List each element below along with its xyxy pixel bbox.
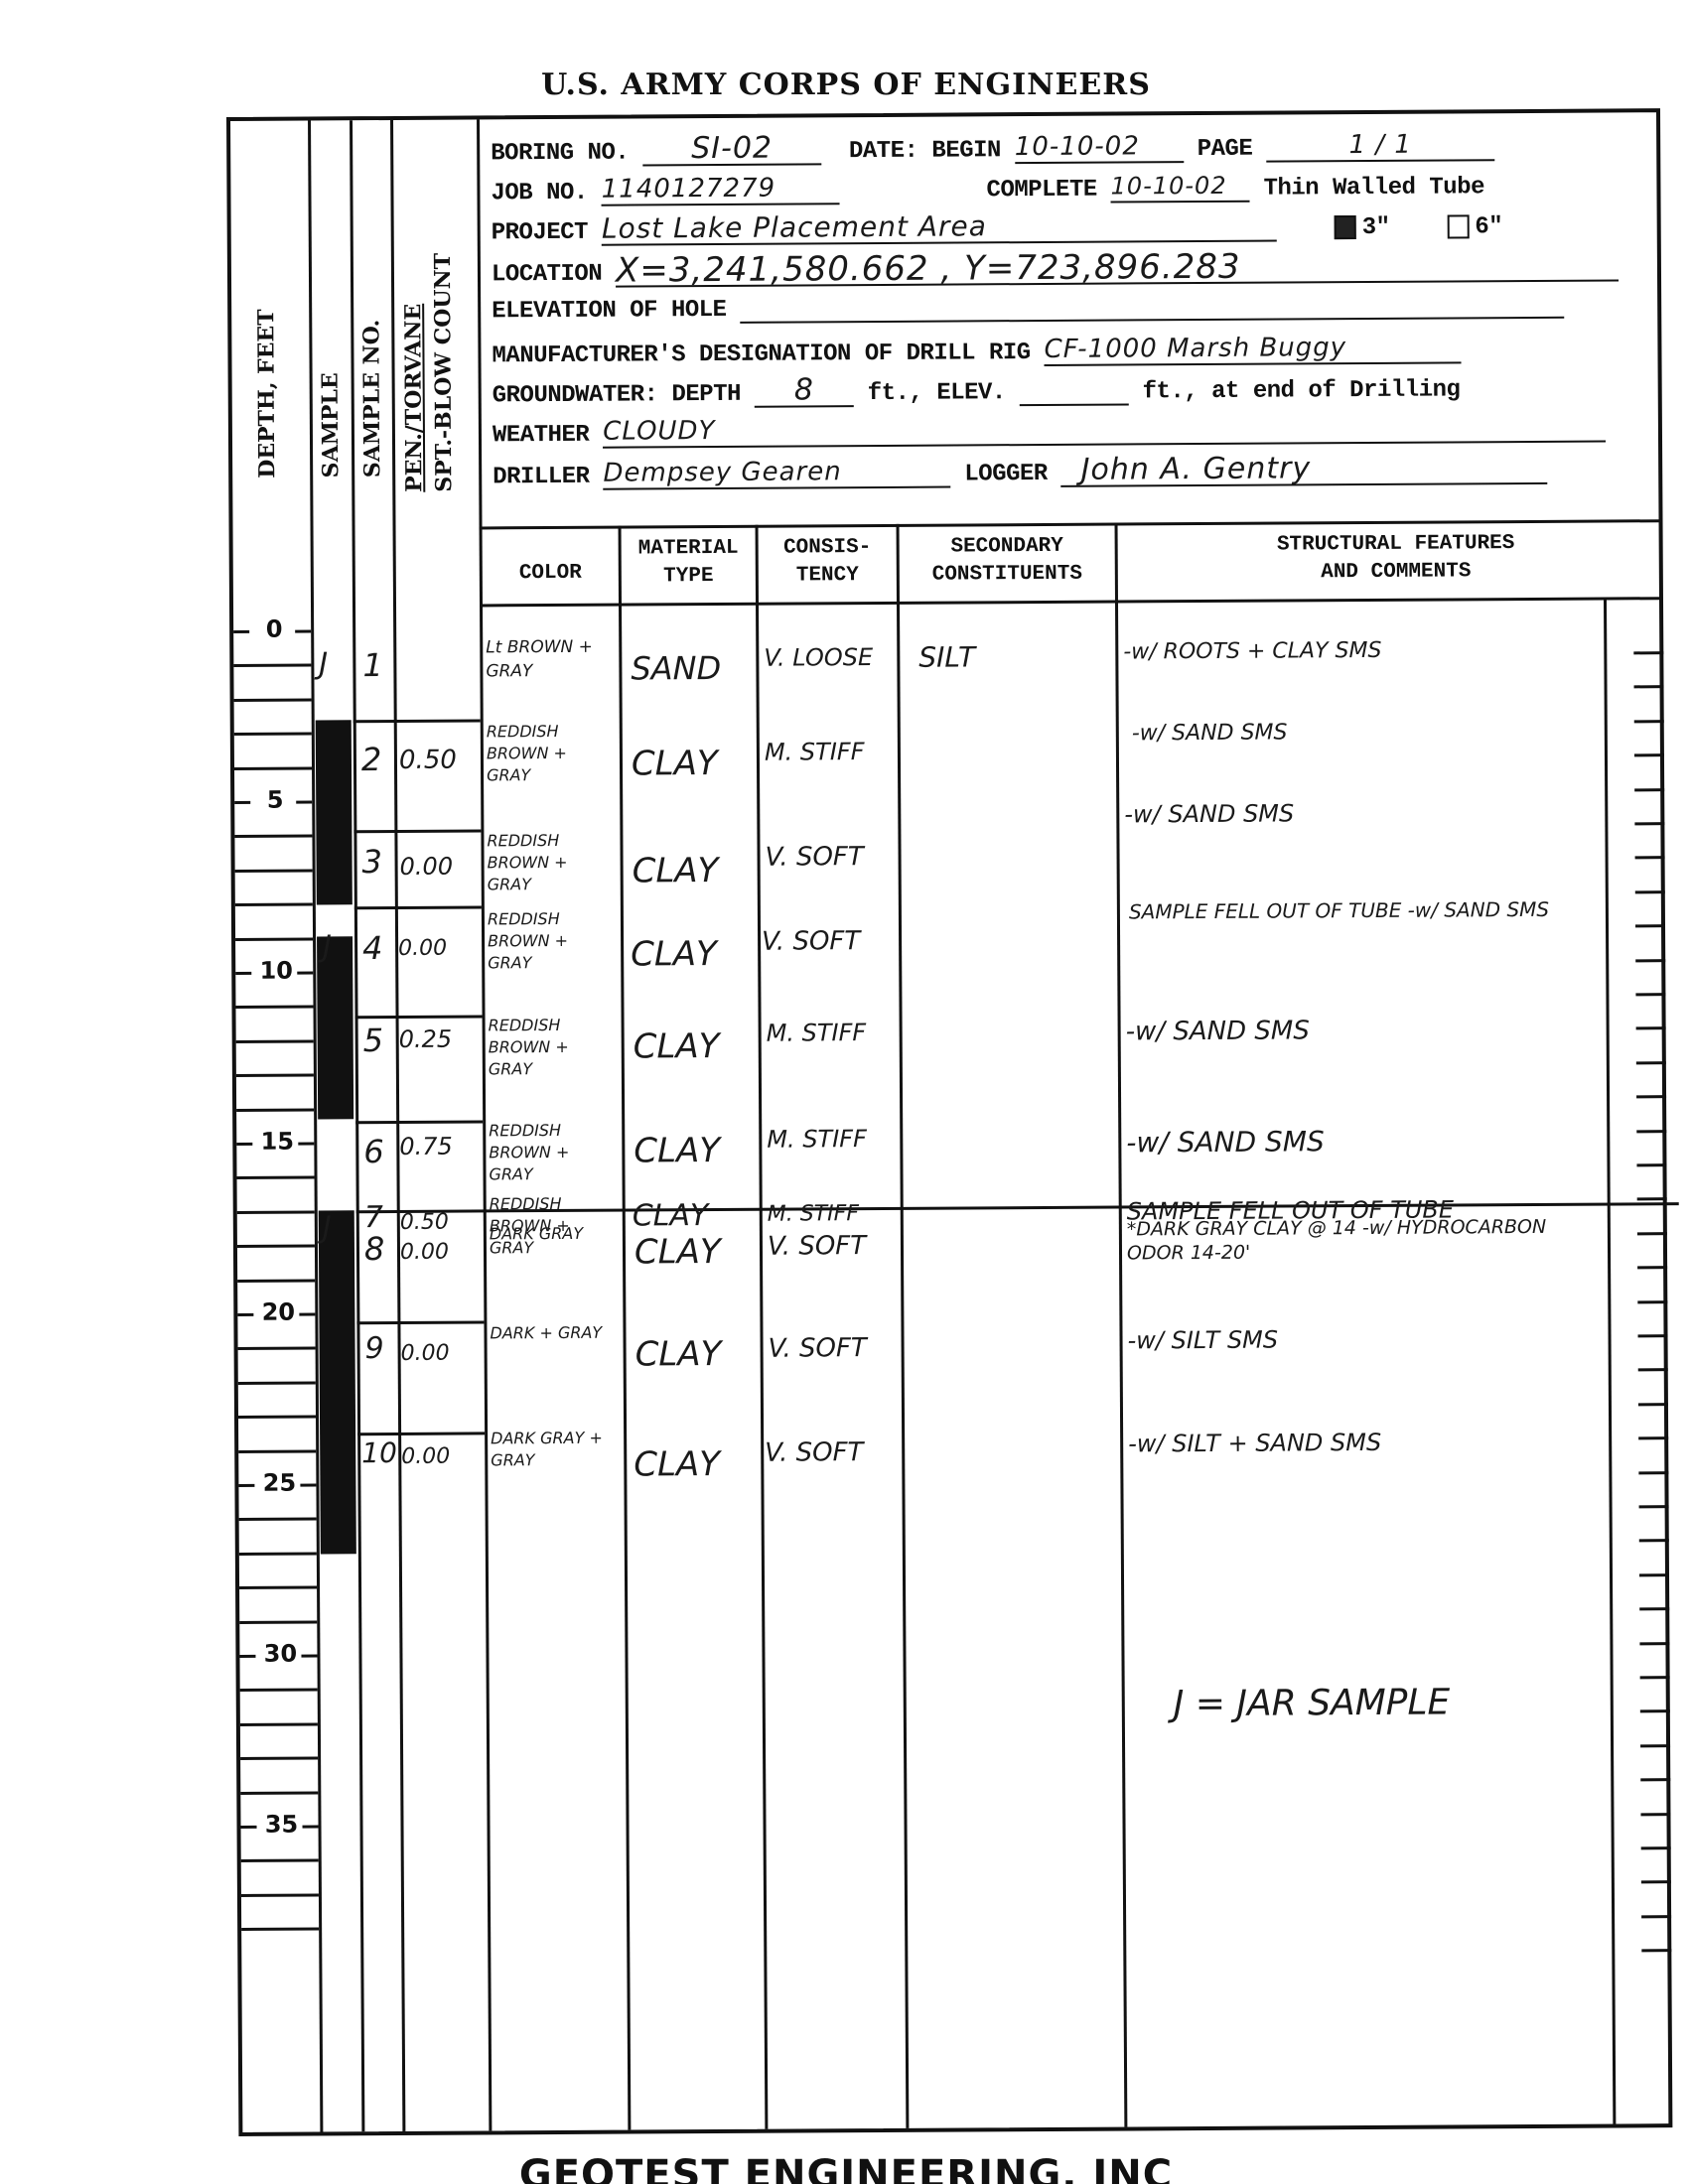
depth-tick bbox=[241, 1927, 319, 1930]
depth-label: 25 bbox=[238, 1468, 320, 1497]
right-tick bbox=[1636, 1061, 1666, 1064]
header-secondary: SECONDARYCONSTITUENTS bbox=[900, 533, 1115, 590]
depth-tick bbox=[240, 1722, 318, 1725]
right-tick bbox=[1634, 720, 1664, 723]
location-field: LOCATION X=3,241,580.662 , Y=723,896.283 bbox=[492, 249, 1619, 288]
label: GROUNDWATER: DEPTH bbox=[493, 381, 741, 410]
depth-tick bbox=[235, 1005, 313, 1008]
right-tick bbox=[1638, 1368, 1668, 1371]
pen-value: 0.75 bbox=[399, 1133, 453, 1160]
depth-label: 0 bbox=[233, 614, 315, 643]
sample-no: 4 bbox=[362, 929, 383, 967]
divider bbox=[353, 829, 481, 833]
material-value: CLAY bbox=[634, 1444, 720, 1485]
pen-value: 0.00 bbox=[401, 1444, 450, 1469]
depth-label: 5 bbox=[234, 785, 316, 814]
comments-value: SAMPLE FELL OUT OF TUBE -w/ SAND SMS bbox=[1129, 897, 1596, 924]
project-value: Lost Lake Placement Area bbox=[602, 210, 1277, 246]
comments-value: -w/ SAND SMS bbox=[1132, 720, 1288, 746]
label: DATE: BEGIN bbox=[849, 137, 1001, 165]
label: MATERIAL bbox=[638, 537, 739, 561]
right-tick bbox=[1640, 1676, 1670, 1679]
driller-field: DRILLER Dempsey Gearen LOGGER John A. Ge… bbox=[493, 453, 1548, 490]
label: LOCATION bbox=[492, 261, 602, 289]
secondary-value: SILT bbox=[918, 640, 975, 673]
depth-tick bbox=[234, 732, 312, 735]
label: STRUCTURAL FEATURES bbox=[1277, 532, 1515, 556]
company-footer: GEOTEST ENGINEERING, INC bbox=[0, 2152, 1692, 2184]
header-sample-no: SAMPLE NO. bbox=[358, 320, 385, 478]
depth-tick bbox=[235, 937, 313, 940]
depth-tick bbox=[239, 1552, 317, 1555]
consistency-value: M. STIFF bbox=[768, 1201, 859, 1227]
right-tick bbox=[1633, 651, 1663, 654]
drill-rig-field: MANUFACTURER'S DESIGNATION OF DRILL RIG … bbox=[492, 332, 1461, 369]
weather-value: CLOUDY bbox=[603, 411, 1606, 449]
label: BORING NO. bbox=[491, 140, 629, 168]
right-tick-column bbox=[230, 112, 1656, 121]
pen-value: 0.00 bbox=[400, 1240, 449, 1265]
right-tick bbox=[1636, 1163, 1666, 1166]
consistency-value: V. LOOSE bbox=[764, 643, 873, 672]
depth-tick bbox=[234, 698, 312, 701]
right-tick bbox=[1634, 753, 1664, 756]
divider bbox=[1115, 523, 1128, 2127]
label: PAGE bbox=[1198, 136, 1253, 163]
right-tick bbox=[1641, 1915, 1671, 1918]
depth-tick bbox=[240, 1756, 318, 1759]
right-tick bbox=[1639, 1642, 1669, 1645]
color-value: REDDISH BROWN + GRAY bbox=[489, 1120, 618, 1186]
drill-rig-value: CF-1000 Marsh Buggy bbox=[1044, 332, 1461, 366]
weather-field: WEATHER CLOUDY bbox=[493, 411, 1606, 450]
right-tick bbox=[1636, 1130, 1666, 1133]
header-color: COLOR bbox=[483, 546, 619, 603]
depth-tick bbox=[238, 1381, 316, 1384]
material-value: CLAY bbox=[633, 1198, 709, 1233]
right-tick bbox=[1634, 822, 1664, 825]
sample-no: 6 bbox=[363, 1133, 384, 1170]
right-tick bbox=[1635, 924, 1665, 927]
label: MANUFACTURER'S DESIGNATION OF DRILL RIG bbox=[492, 340, 1030, 369]
comments-value: *DARK GRAY CLAY @ 14 -w/ HYDROCARBON ODO… bbox=[1127, 1215, 1604, 1266]
color-value: REDDISH BROWN + GRAY bbox=[487, 721, 616, 787]
right-tick bbox=[1638, 1436, 1668, 1439]
depth-tick bbox=[235, 869, 313, 872]
right-tick bbox=[1635, 856, 1665, 859]
label: SECONDARY bbox=[950, 535, 1063, 559]
consistency-value: V. SOFT bbox=[768, 1333, 866, 1364]
right-tick bbox=[1637, 1232, 1667, 1235]
divider bbox=[355, 1120, 483, 1124]
sample-no: 2 bbox=[361, 741, 382, 778]
depth-tick bbox=[236, 1039, 314, 1042]
sample-no: 1 bbox=[362, 646, 383, 684]
consistency-value: V. SOFT bbox=[765, 1437, 863, 1468]
right-tick bbox=[1641, 1846, 1671, 1849]
sample-no: 5 bbox=[363, 1022, 384, 1059]
label: 3" bbox=[1362, 214, 1390, 241]
comments-value: -w/ SILT + SAND SMS bbox=[1128, 1429, 1381, 1458]
comments-value: -w/ SILT SMS bbox=[1127, 1326, 1278, 1355]
label: AND COMMENTS bbox=[1321, 560, 1471, 584]
right-tick bbox=[1634, 685, 1664, 688]
depth-tick bbox=[240, 1688, 318, 1691]
driller-value: Dempsey Gearen bbox=[603, 457, 950, 490]
complete-value: 10-10-02 bbox=[1111, 171, 1250, 204]
date-begin-value: 10-10-02 bbox=[1015, 131, 1184, 164]
groundwater-elev-value bbox=[1020, 403, 1129, 406]
material-value: CLAY bbox=[634, 1131, 720, 1171]
label: DRILLER bbox=[493, 464, 589, 491]
label: TYPE bbox=[663, 565, 714, 588]
elevation-value bbox=[741, 317, 1565, 324]
right-tick bbox=[1640, 1778, 1670, 1781]
pen-value: 0.00 bbox=[398, 936, 447, 961]
color-value: Lt BROWN + GRAY bbox=[486, 635, 615, 684]
label: COMPLETE bbox=[986, 177, 1096, 205]
page-value: 1 / 1 bbox=[1266, 129, 1494, 162]
right-tick bbox=[1640, 1813, 1670, 1816]
sample-no: 9 bbox=[364, 1331, 383, 1366]
depth-tick bbox=[236, 1108, 314, 1111]
right-tick bbox=[1639, 1539, 1669, 1542]
agency-title: U.S. ARMY CORPS OF ENGINEERS bbox=[0, 68, 1692, 102]
right-tick bbox=[1635, 993, 1665, 996]
color-value: REDDISH BROWN + GRAY bbox=[488, 908, 617, 975]
depth-label: 30 bbox=[239, 1639, 321, 1668]
header-structural: STRUCTURAL FEATURESAND COMMENTS bbox=[1118, 529, 1674, 588]
right-tick bbox=[1638, 1403, 1668, 1406]
color-value: REDDISH BROWN + GRAY bbox=[489, 1015, 618, 1081]
material-value: CLAY bbox=[634, 1334, 721, 1375]
job-no-field: JOB NO. 1140127279 COMPLETE 10-10-02 Thi… bbox=[491, 169, 1484, 206]
header-spt-blow: SPT.-BLOW COUNT bbox=[430, 253, 457, 492]
divider bbox=[619, 526, 632, 2130]
tube-6in-checkbox[interactable] bbox=[1447, 214, 1469, 238]
material-value: CLAY bbox=[632, 744, 718, 784]
consistency-value: M. STIFF bbox=[767, 1125, 867, 1154]
header-pen-torvane: PEN./TORVANE bbox=[400, 304, 427, 492]
header-material: MATERIALTYPE bbox=[622, 535, 756, 592]
depth-tick bbox=[234, 766, 312, 769]
tube-sample-fill bbox=[316, 720, 352, 904]
depth-tick bbox=[237, 1244, 315, 1247]
divider bbox=[897, 524, 910, 2128]
header-consistency: CONSIS-TENCY bbox=[759, 534, 897, 591]
groundwater-depth-value: 8 bbox=[755, 375, 854, 408]
depth-tick bbox=[239, 1517, 317, 1520]
right-tick bbox=[1640, 1709, 1670, 1712]
divider bbox=[480, 597, 1659, 607]
depth-label: 10 bbox=[235, 956, 317, 985]
color-value: DARK GRAY + GRAY bbox=[491, 1428, 620, 1472]
depth-tick bbox=[239, 1585, 317, 1588]
material-value: CLAY bbox=[634, 1232, 721, 1273]
consistency-value: V. SOFT bbox=[765, 842, 863, 873]
color-value: REDDISH BROWN + GRAY bbox=[487, 830, 616, 896]
sample-no: 10 bbox=[361, 1436, 397, 1469]
comments-value: -w/ ROOTS + CLAY SMS bbox=[1123, 638, 1381, 665]
depth-tick bbox=[238, 1346, 316, 1349]
right-tick bbox=[1638, 1471, 1668, 1474]
label: ft., at end of Drilling bbox=[1143, 376, 1461, 405]
boring-no-field: BORING NO. SI-02 DATE: BEGIN 10-10-02 PA… bbox=[491, 129, 1494, 167]
pen-value: 0.00 bbox=[400, 853, 454, 881]
boring-log-form: DEPTH, FEET SAMPLE SAMPLE NO. PEN./TORVA… bbox=[226, 108, 1672, 2136]
depth-label: 20 bbox=[237, 1297, 319, 1326]
depth-tick bbox=[236, 1073, 314, 1076]
right-tick bbox=[1636, 1095, 1666, 1098]
material-value: CLAY bbox=[633, 851, 719, 891]
divider bbox=[354, 905, 482, 909]
consistency-value: M. STIFF bbox=[767, 1019, 867, 1047]
label: Thin Walled Tube bbox=[1263, 174, 1484, 202]
sample-type: J bbox=[323, 929, 332, 964]
consistency-value: M. STIFF bbox=[765, 738, 865, 766]
sample-no: 3 bbox=[361, 843, 382, 881]
right-tick bbox=[1634, 788, 1664, 791]
color-value: DARK + GRAY bbox=[490, 1322, 619, 1345]
right-tick bbox=[1635, 959, 1665, 962]
depth-tick bbox=[233, 663, 311, 666]
divider bbox=[356, 1320, 484, 1324]
right-tick bbox=[1638, 1334, 1668, 1337]
elevation-field: ELEVATION OF HOLE bbox=[492, 292, 1564, 326]
tube-sample-fill bbox=[319, 1210, 356, 1554]
depth-label: 35 bbox=[240, 1810, 322, 1839]
right-tick bbox=[1637, 1300, 1667, 1303]
right-tick bbox=[1635, 890, 1665, 893]
depth-tick bbox=[237, 1279, 315, 1282]
depth-tick bbox=[234, 834, 312, 837]
boring-no-value: SI-02 bbox=[642, 133, 821, 166]
right-tick bbox=[1639, 1573, 1669, 1576]
depth-tick bbox=[241, 1858, 319, 1861]
right-tick bbox=[1637, 1266, 1667, 1269]
pen-value: 0.25 bbox=[399, 1025, 453, 1053]
right-tick bbox=[1640, 1744, 1670, 1747]
color-value: DARK GRAY bbox=[490, 1223, 619, 1246]
pen-value: 0.00 bbox=[401, 1341, 450, 1366]
consistency-value: V. SOFT bbox=[768, 1231, 866, 1262]
label: LOGGER bbox=[964, 461, 1048, 488]
project-field: PROJECT Lost Lake Placement Area 3" 6" bbox=[492, 208, 1503, 246]
job-no-value: 1140127279 bbox=[602, 173, 840, 205]
comments-value: -w/ SAND SMS bbox=[1126, 1125, 1325, 1159]
depth-tick bbox=[238, 1449, 316, 1452]
sample-no: 8 bbox=[364, 1230, 385, 1268]
divider bbox=[353, 719, 481, 723]
depth-label: 15 bbox=[236, 1127, 318, 1156]
pen-value: 0.50 bbox=[400, 1210, 449, 1235]
comments-value: -w/ SAND SMS bbox=[1126, 1016, 1310, 1046]
right-tick bbox=[1641, 1949, 1671, 1952]
divider bbox=[480, 519, 1659, 529]
right-tick bbox=[1641, 1880, 1671, 1883]
label: TENCY bbox=[796, 564, 859, 587]
label: WEATHER bbox=[493, 422, 589, 450]
label: ELEVATION OF HOLE bbox=[492, 297, 727, 325]
depth-tick bbox=[238, 1415, 316, 1418]
depth-scale bbox=[230, 112, 1656, 121]
right-tick bbox=[1636, 1026, 1666, 1029]
tube-3in-checkbox[interactable] bbox=[1335, 215, 1356, 239]
comments-value: -w/ SAND SMS bbox=[1124, 799, 1294, 828]
label: JOB NO. bbox=[491, 180, 587, 207]
material-value: SAND bbox=[631, 649, 721, 688]
header-sample: SAMPLE bbox=[318, 372, 345, 478]
depth-tick bbox=[240, 1791, 318, 1794]
material-value: CLAY bbox=[634, 1026, 720, 1067]
sample-type: J bbox=[319, 646, 328, 681]
label: CONSTITUENTS bbox=[932, 563, 1082, 587]
pen-value: 0.50 bbox=[399, 746, 457, 775]
divider bbox=[1604, 598, 1616, 2124]
label: ft., ELEV. bbox=[868, 379, 1006, 407]
depth-tick bbox=[239, 1620, 317, 1623]
depth-tick bbox=[237, 1210, 315, 1213]
material-value: CLAY bbox=[631, 934, 717, 975]
divider bbox=[357, 1432, 485, 1435]
depth-tick bbox=[237, 1175, 315, 1178]
right-tick bbox=[1637, 1197, 1667, 1200]
divider bbox=[355, 1015, 483, 1019]
jar-sample-legend: J = JAR SAMPLE bbox=[1174, 1683, 1451, 1725]
right-tick bbox=[1639, 1505, 1669, 1508]
groundwater-field: GROUNDWATER: DEPTH 8 ft., ELEV. ft., at … bbox=[493, 371, 1461, 409]
label: PROJECT bbox=[492, 219, 588, 247]
label: 6" bbox=[1475, 213, 1502, 240]
depth-tick bbox=[241, 1893, 319, 1896]
logger-value: John A. Gentry bbox=[1061, 453, 1548, 487]
header-depth: DEPTH, FEET bbox=[253, 309, 280, 478]
depth-tick bbox=[235, 902, 313, 905]
label: CONSIS- bbox=[783, 536, 871, 560]
location-value: X=3,241,580.662 , Y=723,896.283 bbox=[616, 249, 1619, 287]
consistency-value: V. SOFT bbox=[762, 926, 860, 957]
sample-type: J bbox=[323, 1210, 332, 1245]
right-tick bbox=[1639, 1607, 1669, 1610]
sample-rows: J 1 Lt BROWN + GRAY SAND V. LOOSE SILT -… bbox=[230, 112, 1656, 121]
